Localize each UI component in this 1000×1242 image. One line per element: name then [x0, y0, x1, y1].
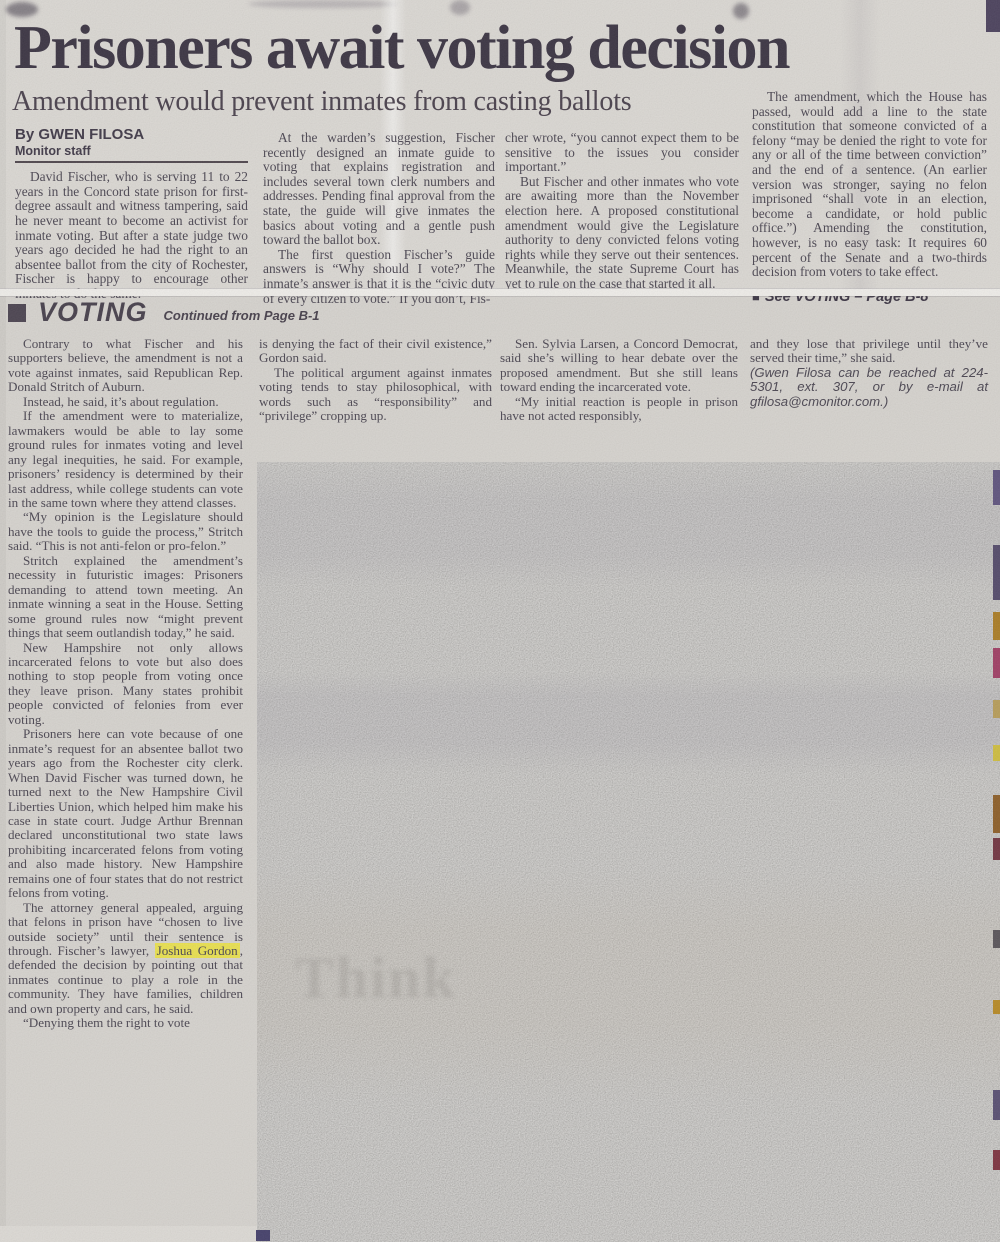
subheadline: Amendment would prevent inmates from cas…: [12, 86, 746, 118]
article-paragraph: The amendment, which the House has passe…: [752, 90, 987, 280]
article-paragraph: “My opinion is the Legislature should ha…: [8, 510, 243, 553]
article-paragraph: is denying the fact of their civil exist…: [259, 337, 492, 366]
page-edge-artifact: [993, 1000, 1000, 1014]
article-paragraph: Prisoners here can vote because of one i…: [8, 727, 243, 900]
page-edge-artifact: [993, 930, 1000, 948]
article-column-4: The amendment, which the House has passe…: [752, 90, 987, 290]
page-edge-artifact: [993, 470, 1000, 505]
byline: By GWEN FILOSA Monitor staff: [15, 128, 248, 163]
continued-from-note: Continued from Page B-1: [164, 308, 320, 323]
article-paragraph: But Fischer and other inmates who vote a…: [505, 175, 739, 292]
scan-smudge: [450, 0, 470, 15]
page-edge-artifact: [993, 1150, 1000, 1170]
article-paragraph: Contrary to what Fischer and his support…: [8, 337, 243, 395]
bottom-paper-strip: [0, 1226, 257, 1242]
continuation-column-3: Sen. Sylvia Larsen, a Concord Democrat, …: [500, 337, 738, 459]
article-paragraph: The first question Fischer’s guide answe…: [263, 248, 495, 306]
faded-advertisement-panel: Think: [257, 462, 1000, 1242]
page-edge-artifact: [993, 648, 1000, 678]
scan-smudge: [248, 0, 398, 8]
article-column-1: By GWEN FILOSA Monitor staff David Fisch…: [15, 128, 248, 288]
continuation-header: VOTING Continued from Page B-1: [8, 299, 320, 326]
square-bullet-icon: [8, 304, 26, 322]
article-paragraph: “My initial reaction is people in prison…: [500, 395, 738, 424]
article-paragraph: and they lose that privilege until they’…: [750, 337, 988, 366]
page-edge-artifact: [993, 545, 1000, 600]
continuation-column-1: Contrary to what Fischer and his support…: [8, 337, 243, 1227]
article-paragraph: cher wrote, “you cannot expect them to b…: [505, 131, 739, 175]
article-paragraph: “Denying them the right to vote: [8, 1016, 243, 1030]
page-edge-artifact: [993, 838, 1000, 860]
page-edge-artifact: [993, 700, 1000, 718]
ghost-ad-text: Think: [295, 944, 457, 1011]
continuation-column-4: and they lose that privilege until they’…: [750, 337, 988, 459]
article-column-3: cher wrote, “you cannot expect them to b…: [505, 131, 739, 289]
page-edge-artifact: [993, 795, 1000, 833]
headline: Prisoners await voting decision: [14, 16, 992, 81]
byline-author: By GWEN FILOSA: [15, 128, 248, 143]
highlighted-name: Joshua Gordon: [155, 943, 240, 958]
article-paragraph: Sen. Sylvia Larsen, a Concord Democrat, …: [500, 337, 738, 395]
article-paragraph: Stritch explained the amendment’s necess…: [8, 554, 243, 641]
article-paragraph: If the amendment were to materialize, la…: [8, 409, 243, 510]
page-edge-artifact: [993, 745, 1000, 761]
article-paragraph: The political argument against inmates v…: [259, 366, 492, 424]
article-paragraph-with-highlight: The attorney general appealed, arguing t…: [8, 901, 243, 1017]
article-paragraph: New Hampshire not only allows incarcerat…: [8, 641, 243, 728]
article-paragraph: At the warden’s suggestion, Fischer rece…: [263, 131, 495, 248]
page-edge-artifact: [993, 1090, 1000, 1120]
byline-organization: Monitor staff: [15, 144, 248, 159]
noise-texture: [257, 462, 1000, 1242]
continuation-column-2: is denying the fact of their civil exist…: [259, 337, 492, 459]
bottom-ink-mark: [256, 1230, 270, 1241]
article-paragraph: Instead, he said, it’s about regulation.: [8, 395, 243, 409]
article-column-2: At the warden’s suggestion, Fischer rece…: [263, 131, 495, 289]
contact-tagline: (Gwen Filosa can be reached at 224-5301,…: [750, 366, 988, 409]
newspaper-scan: Prisoners await voting decision Amendmen…: [0, 0, 1000, 1242]
article-paragraph: David Fischer, who is serving 11 to 22 y…: [15, 170, 248, 301]
scan-seam: [0, 288, 1000, 297]
page-edge-artifact: [993, 612, 1000, 640]
continuation-section-title: VOTING: [38, 299, 148, 326]
